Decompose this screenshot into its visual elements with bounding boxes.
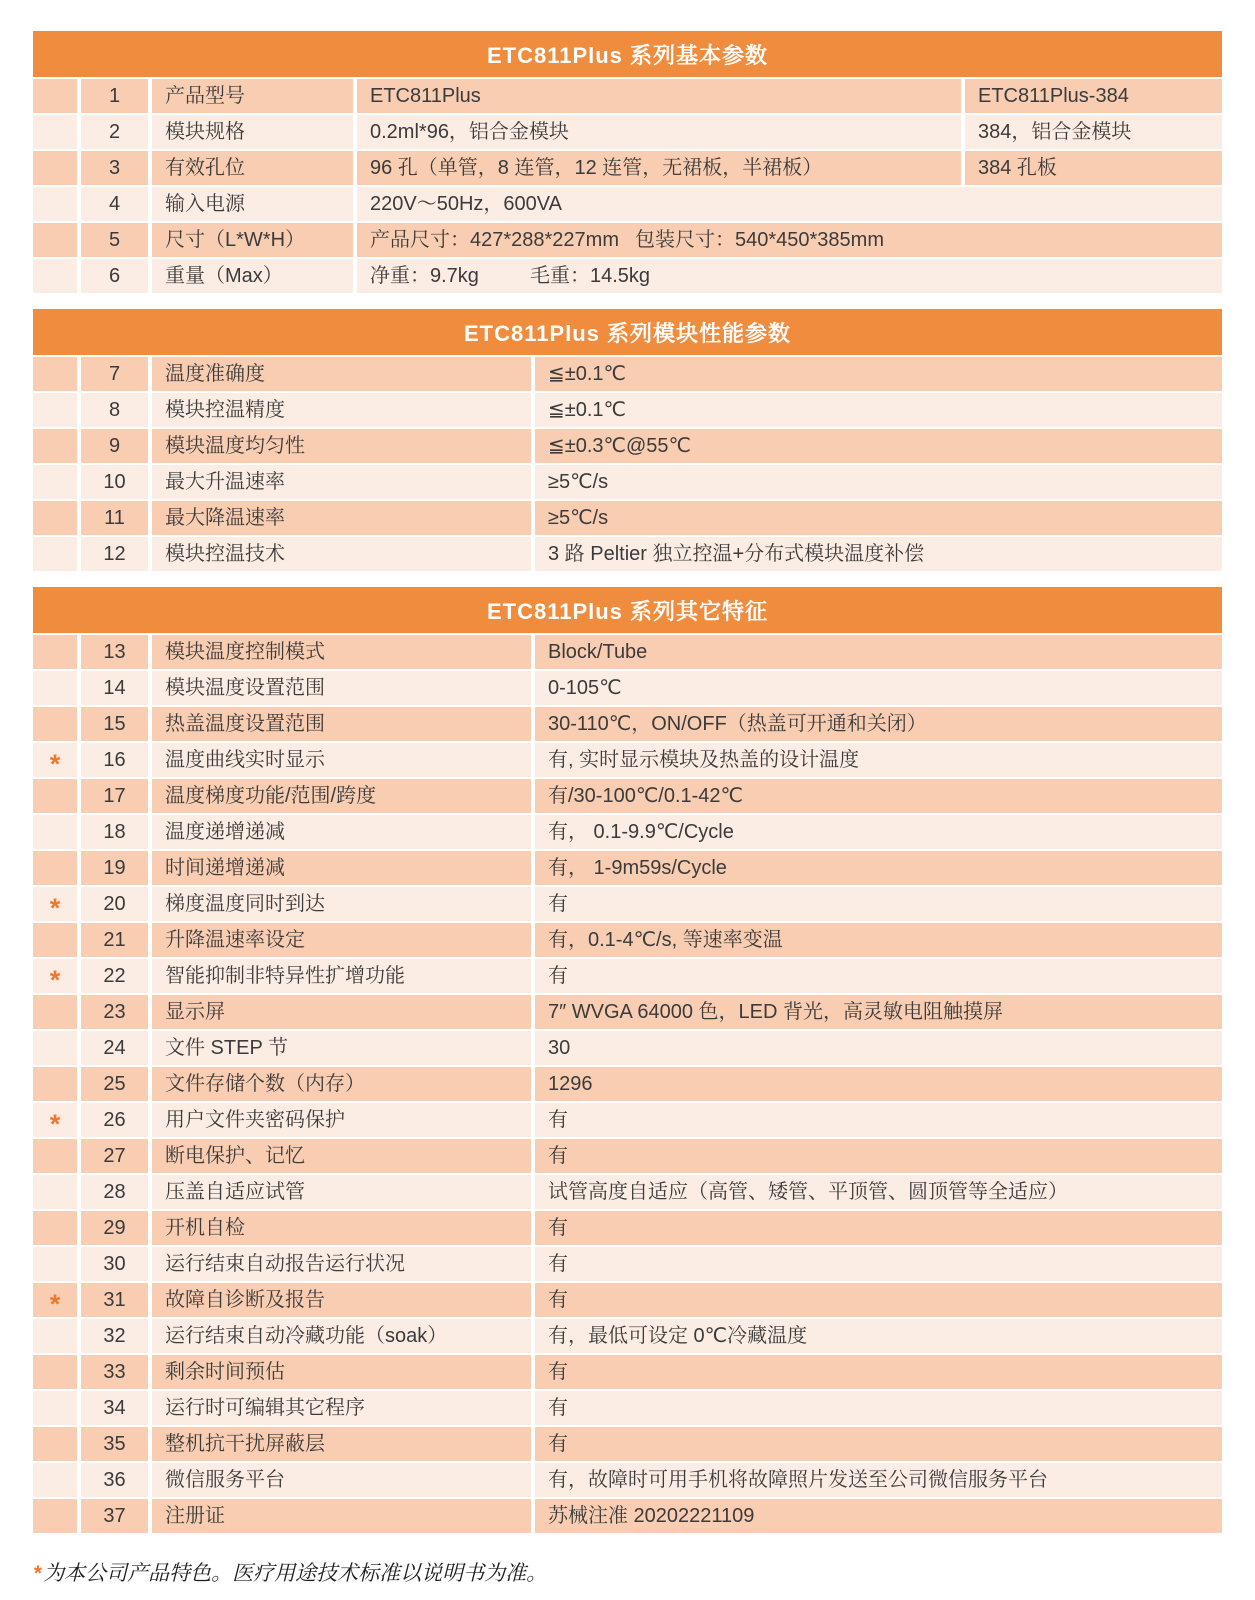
- row-value: 有: [535, 1355, 1222, 1389]
- row-star-cell: *: [33, 1283, 77, 1317]
- row-label: 有效孔位: [152, 151, 353, 185]
- row-number: 25: [81, 1067, 148, 1101]
- row-label: 用户文件夹密码保护: [152, 1103, 531, 1137]
- row-value: 有/30-100℃/0.1-42℃: [535, 779, 1222, 813]
- table-row: 24文件 STEP 节30: [33, 1031, 1222, 1065]
- table-row: 10最大升温速率≥5℃/s: [33, 465, 1222, 499]
- table-row: 17温度梯度功能/范围/跨度有/30-100℃/0.1-42℃: [33, 779, 1222, 813]
- module-performance-rows: 7温度准确度≦±0.1℃8模块控温精度≦±0.1℃9模块温度均匀性≦±0.3℃@…: [33, 357, 1222, 571]
- row-value: 7″ WVGA 64000 色，LED 背光，高灵敏电阻触摸屏: [535, 995, 1222, 1029]
- row-number: 33: [81, 1355, 148, 1389]
- row-label: 故障自诊断及报告: [152, 1283, 531, 1317]
- row-label: 输入电源: [152, 187, 353, 221]
- row-star-cell: [33, 1175, 77, 1209]
- table-row: 18温度递增递减有， 0.1-9.9℃/Cycle: [33, 815, 1222, 849]
- row-value: 有: [535, 1391, 1222, 1425]
- row-number: 8: [81, 393, 148, 427]
- row-number: 5: [81, 223, 148, 257]
- row-star-cell: [33, 1319, 77, 1353]
- table-row: 2模块规格0.2ml*96，铝合金模块384，铝合金模块: [33, 115, 1222, 149]
- row-star-cell: [33, 1211, 77, 1245]
- row-number: 1: [81, 79, 148, 113]
- row-star-cell: [33, 671, 77, 705]
- row-number: 12: [81, 537, 148, 571]
- table-row: *16温度曲线实时显示有, 实时显示模块及热盖的设计温度: [33, 743, 1222, 777]
- table-row: 32运行结束自动冷藏功能（soak）有，最低可设定 0℃冷藏温度: [33, 1319, 1222, 1353]
- row-value: 有，0.1-4℃/s, 等速率变温: [535, 923, 1222, 957]
- row-number: 26: [81, 1103, 148, 1137]
- row-star-cell: [33, 79, 77, 113]
- row-value: 苏械注准 20202221109: [535, 1499, 1222, 1533]
- row-value: ≦±0.1℃: [535, 393, 1222, 427]
- table-row: *31故障自诊断及报告有: [33, 1283, 1222, 1317]
- spec-sheet-page: ETC811Plus 系列基本参数 1产品型号ETC811PlusETC811P…: [0, 0, 1255, 1600]
- row-label: 文件 STEP 节: [152, 1031, 531, 1065]
- row-star-cell: [33, 923, 77, 957]
- row-star-cell: [33, 1067, 77, 1101]
- row-star-cell: [33, 357, 77, 391]
- row-value: 3 路 Peltier 独立控温+分布式模块温度补偿: [535, 537, 1222, 571]
- table-row: 5尺寸（L*W*H）产品尺寸：427*288*227mm包装尺寸：540*450…: [33, 223, 1222, 257]
- row-value: 有: [535, 1427, 1222, 1461]
- row-value-secondary: ETC811Plus-384: [965, 79, 1222, 113]
- row-number: 13: [81, 635, 148, 669]
- row-star-cell: [33, 223, 77, 257]
- row-number: 32: [81, 1319, 148, 1353]
- row-value: 有，故障时可用手机将故障照片发送至公司微信服务平台: [535, 1463, 1222, 1497]
- row-label: 温度梯度功能/范围/跨度: [152, 779, 531, 813]
- row-star-cell: *: [33, 743, 77, 777]
- row-value: Block/Tube: [535, 635, 1222, 669]
- row-number: 30: [81, 1247, 148, 1281]
- row-label: 剩余时间预估: [152, 1355, 531, 1389]
- row-star-cell: [33, 1463, 77, 1497]
- row-label: 最大升温速率: [152, 465, 531, 499]
- row-value-part: 净重：9.7kg: [370, 259, 530, 293]
- row-value: 30-110℃，ON/OFF（热盖可开通和关闭）: [535, 707, 1222, 741]
- row-star-cell: [33, 1247, 77, 1281]
- row-number: 24: [81, 1031, 148, 1065]
- table-row: 3有效孔位96 孔（单管，8 连管，12 连管，无裙板，半裙板）384 孔板: [33, 151, 1222, 185]
- basic-params-table: ETC811Plus 系列基本参数 1产品型号ETC811PlusETC811P…: [33, 31, 1222, 293]
- row-label: 重量（Max）: [152, 259, 353, 293]
- row-label: 产品型号: [152, 79, 353, 113]
- row-value: 有， 1-9m59s/Cycle: [535, 851, 1222, 885]
- row-number: 7: [81, 357, 148, 391]
- row-value: ≦±0.1℃: [535, 357, 1222, 391]
- row-number: 21: [81, 923, 148, 957]
- table-row: 13模块温度控制模式Block/Tube: [33, 635, 1222, 669]
- table-row: 33剩余时间预估有: [33, 1355, 1222, 1389]
- table-row: 36微信服务平台有，故障时可用手机将故障照片发送至公司微信服务平台: [33, 1463, 1222, 1497]
- row-number: 2: [81, 115, 148, 149]
- row-number: 11: [81, 501, 148, 535]
- row-star-cell: [33, 815, 77, 849]
- row-number: 28: [81, 1175, 148, 1209]
- row-label: 运行结束自动冷藏功能（soak）: [152, 1319, 531, 1353]
- row-value: ≥5℃/s: [535, 465, 1222, 499]
- table-row: 14模块温度设置范围0-105℃: [33, 671, 1222, 705]
- table-row: 34运行时可编辑其它程序有: [33, 1391, 1222, 1425]
- row-label: 模块温度控制模式: [152, 635, 531, 669]
- row-star-cell: *: [33, 1103, 77, 1137]
- row-star-cell: [33, 393, 77, 427]
- footnote-asterisk: *: [33, 1562, 41, 1586]
- row-star-cell: [33, 635, 77, 669]
- row-value-part: 产品尺寸：427*288*227mm: [370, 223, 635, 257]
- row-star-cell: [33, 779, 77, 813]
- table-row: 27断电保护、记忆有: [33, 1139, 1222, 1173]
- row-number: 16: [81, 743, 148, 777]
- other-features-table: ETC811Plus 系列其它特征 13模块温度控制模式Block/Tube14…: [33, 587, 1222, 1533]
- row-star-cell: [33, 1499, 77, 1533]
- row-label: 模块温度设置范围: [152, 671, 531, 705]
- row-value: 有: [535, 959, 1222, 993]
- row-value: 96 孔（单管，8 连管，12 连管，无裙板，半裙板）: [357, 151, 961, 185]
- table-row: 15热盖温度设置范围30-110℃，ON/OFF（热盖可开通和关闭）: [33, 707, 1222, 741]
- row-star-cell: [33, 707, 77, 741]
- row-number: 3: [81, 151, 148, 185]
- row-number: 36: [81, 1463, 148, 1497]
- row-number: 20: [81, 887, 148, 921]
- row-star-cell: [33, 1031, 77, 1065]
- basic-params-title: ETC811Plus 系列基本参数: [33, 31, 1222, 77]
- row-number: 15: [81, 707, 148, 741]
- row-value: 有: [535, 887, 1222, 921]
- other-features-rows: 13模块温度控制模式Block/Tube14模块温度设置范围0-105℃15热盖…: [33, 635, 1222, 1533]
- row-star-cell: [33, 1139, 77, 1173]
- table-row: 19时间递增递减有， 1-9m59s/Cycle: [33, 851, 1222, 885]
- row-value: ≦±0.3℃@55℃: [535, 429, 1222, 463]
- table-row: 25文件存储个数（内存）1296: [33, 1067, 1222, 1101]
- row-value: 有: [535, 1247, 1222, 1281]
- row-star-cell: [33, 1427, 77, 1461]
- table-row: 37注册证苏械注准 20202221109: [33, 1499, 1222, 1533]
- row-number: 17: [81, 779, 148, 813]
- row-number: 6: [81, 259, 148, 293]
- row-number: 19: [81, 851, 148, 885]
- row-value-part: 毛重：14.5kg: [530, 259, 650, 293]
- row-star-cell: [33, 115, 77, 149]
- row-label: 运行结束自动报告运行状况: [152, 1247, 531, 1281]
- other-features-title: ETC811Plus 系列其它特征: [33, 587, 1222, 633]
- row-value: 试管高度自适应（高管、矮管、平顶管、圆顶管等全适应）: [535, 1175, 1222, 1209]
- row-value: 有: [535, 1103, 1222, 1137]
- row-number: 23: [81, 995, 148, 1029]
- row-label: 断电保护、记忆: [152, 1139, 531, 1173]
- row-value: 0-105℃: [535, 671, 1222, 705]
- row-number: 34: [81, 1391, 148, 1425]
- row-value: 0.2ml*96，铝合金模块: [357, 115, 961, 149]
- row-label: 梯度温度同时到达: [152, 887, 531, 921]
- row-number: 4: [81, 187, 148, 221]
- table-row: 1产品型号ETC811PlusETC811Plus-384: [33, 79, 1222, 113]
- row-number: 35: [81, 1427, 148, 1461]
- row-label: 运行时可编辑其它程序: [152, 1391, 531, 1425]
- feature-asterisk: *: [50, 963, 61, 993]
- row-number: 10: [81, 465, 148, 499]
- table-row: 30运行结束自动报告运行状况有: [33, 1247, 1222, 1281]
- row-label: 模块规格: [152, 115, 353, 149]
- row-value: ETC811Plus: [357, 79, 961, 113]
- row-label: 模块控温技术: [152, 537, 531, 571]
- row-star-cell: *: [33, 959, 77, 993]
- feature-asterisk: *: [50, 747, 61, 777]
- row-star-cell: [33, 1355, 77, 1389]
- row-label: 文件存储个数（内存）: [152, 1067, 531, 1101]
- row-number: 29: [81, 1211, 148, 1245]
- feature-asterisk: *: [50, 1287, 61, 1317]
- footnote-text: 为本公司产品特色。医疗用途技术标准以说明书为准。: [43, 1557, 547, 1587]
- row-label: 模块控温精度: [152, 393, 531, 427]
- row-value: 220V～50Hz，600VA: [357, 187, 1222, 221]
- footnote: * 为本公司产品特色。医疗用途技术标准以说明书为准。: [33, 1557, 1222, 1587]
- row-value-part: 包装尺寸：540*450*385mm: [635, 223, 884, 257]
- row-label: 温度准确度: [152, 357, 531, 391]
- row-number: 9: [81, 429, 148, 463]
- row-value: 有: [535, 1283, 1222, 1317]
- row-value: 有: [535, 1139, 1222, 1173]
- row-value: 30: [535, 1031, 1222, 1065]
- row-value: 1296: [535, 1067, 1222, 1101]
- feature-asterisk: *: [50, 1107, 61, 1137]
- row-value: 有， 0.1-9.9℃/Cycle: [535, 815, 1222, 849]
- table-row: 11最大降温速率≥5℃/s: [33, 501, 1222, 535]
- row-star-cell: *: [33, 887, 77, 921]
- table-row: 4输入电源220V～50Hz，600VA: [33, 187, 1222, 221]
- row-number: 37: [81, 1499, 148, 1533]
- feature-asterisk: *: [50, 891, 61, 921]
- row-star-cell: [33, 1391, 77, 1425]
- row-label: 微信服务平台: [152, 1463, 531, 1497]
- row-number: 18: [81, 815, 148, 849]
- row-value: 净重：9.7kg毛重：14.5kg: [357, 259, 1222, 293]
- module-performance-table: ETC811Plus 系列模块性能参数 7温度准确度≦±0.1℃8模块控温精度≦…: [33, 309, 1222, 571]
- row-star-cell: [33, 465, 77, 499]
- row-star-cell: [33, 537, 77, 571]
- table-row: 23显示屏7″ WVGA 64000 色，LED 背光，高灵敏电阻触摸屏: [33, 995, 1222, 1029]
- row-label: 注册证: [152, 1499, 531, 1533]
- table-row: 9模块温度均匀性≦±0.3℃@55℃: [33, 429, 1222, 463]
- row-label: 压盖自适应试管: [152, 1175, 531, 1209]
- row-label: 温度曲线实时显示: [152, 743, 531, 777]
- row-value: 有, 实时显示模块及热盖的设计温度: [535, 743, 1222, 777]
- table-row: 29开机自检有: [33, 1211, 1222, 1245]
- row-label: 尺寸（L*W*H）: [152, 223, 353, 257]
- row-number: 27: [81, 1139, 148, 1173]
- row-number: 22: [81, 959, 148, 993]
- row-label: 模块温度均匀性: [152, 429, 531, 463]
- row-label: 热盖温度设置范围: [152, 707, 531, 741]
- row-label: 最大降温速率: [152, 501, 531, 535]
- table-row: *22智能抑制非特异性扩增功能有: [33, 959, 1222, 993]
- table-row: 6重量（Max）净重：9.7kg毛重：14.5kg: [33, 259, 1222, 293]
- row-label: 智能抑制非特异性扩增功能: [152, 959, 531, 993]
- row-value: ≥5℃/s: [535, 501, 1222, 535]
- table-row: 12模块控温技术3 路 Peltier 独立控温+分布式模块温度补偿: [33, 537, 1222, 571]
- table-row: *26用户文件夹密码保护有: [33, 1103, 1222, 1137]
- basic-params-rows: 1产品型号ETC811PlusETC811Plus-3842模块规格0.2ml*…: [33, 79, 1222, 293]
- row-label: 整机抗干扰屏蔽层: [152, 1427, 531, 1461]
- module-performance-title: ETC811Plus 系列模块性能参数: [33, 309, 1222, 355]
- table-row: 35整机抗干扰屏蔽层有: [33, 1427, 1222, 1461]
- table-row: 7温度准确度≦±0.1℃: [33, 357, 1222, 391]
- row-number: 31: [81, 1283, 148, 1317]
- row-label: 时间递增递减: [152, 851, 531, 885]
- row-star-cell: [33, 151, 77, 185]
- row-label: 开机自检: [152, 1211, 531, 1245]
- row-star-cell: [33, 187, 77, 221]
- row-star-cell: [33, 851, 77, 885]
- row-star-cell: [33, 501, 77, 535]
- row-star-cell: [33, 995, 77, 1029]
- table-row: 21升降温速率设定有，0.1-4℃/s, 等速率变温: [33, 923, 1222, 957]
- row-star-cell: [33, 259, 77, 293]
- row-label: 显示屏: [152, 995, 531, 1029]
- row-value: 有，最低可设定 0℃冷藏温度: [535, 1319, 1222, 1353]
- row-value: 产品尺寸：427*288*227mm包装尺寸：540*450*385mm: [357, 223, 1222, 257]
- row-value-secondary: 384 孔板: [965, 151, 1222, 185]
- table-row: 8模块控温精度≦±0.1℃: [33, 393, 1222, 427]
- row-label: 温度递增递减: [152, 815, 531, 849]
- row-value-secondary: 384，铝合金模块: [965, 115, 1222, 149]
- table-row: 28压盖自适应试管试管高度自适应（高管、矮管、平顶管、圆顶管等全适应）: [33, 1175, 1222, 1209]
- row-star-cell: [33, 429, 77, 463]
- row-number: 14: [81, 671, 148, 705]
- row-label: 升降温速率设定: [152, 923, 531, 957]
- row-value: 有: [535, 1211, 1222, 1245]
- table-row: *20梯度温度同时到达有: [33, 887, 1222, 921]
